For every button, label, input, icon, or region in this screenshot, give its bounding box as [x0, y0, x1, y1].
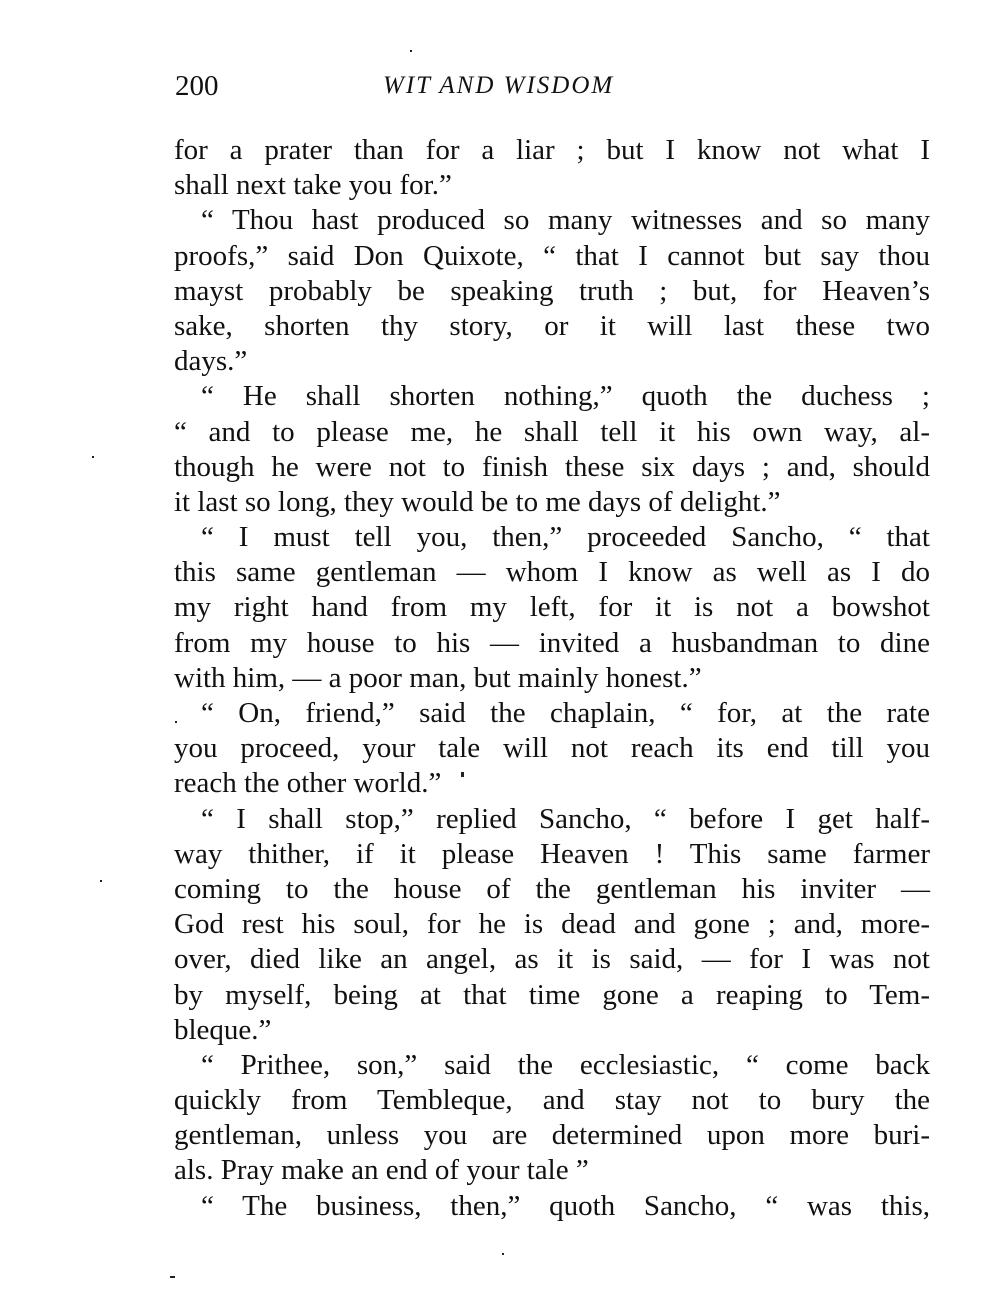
paragraph: “ Prithee, son,” said the ecclesiastic, … — [174, 1048, 930, 1189]
text-line: by myself, being at that time gone a rea… — [174, 978, 930, 1013]
text-line: my right hand from my left, for it is no… — [174, 590, 930, 625]
text-line: shall next take you for.” — [174, 168, 930, 203]
text-line: bleque.” — [174, 1013, 930, 1048]
text-line: “ I shall stop,” replied Sancho, “ befor… — [174, 802, 930, 837]
scan-speck — [170, 1276, 175, 1278]
paragraph-continued: for a prater than for a liar ; but I kno… — [174, 133, 930, 203]
paragraph: “ Thou hast produced so many witnesses a… — [174, 203, 930, 379]
text-line: “ I must tell you, then,” proceeded Sanc… — [174, 520, 930, 555]
text-line: “ The business, then,” quoth Sancho, “ w… — [174, 1189, 930, 1224]
running-header: 200 WIT AND WISDOM — [175, 66, 930, 106]
text-line: quickly from Tembleque, and stay not to … — [174, 1083, 930, 1118]
scan-speck — [100, 880, 102, 882]
text-line: from my house to his — invited a husband… — [174, 626, 930, 661]
running-title: WIT AND WISDOM — [383, 66, 614, 106]
scan-speck — [92, 456, 94, 458]
page-number: 200 — [175, 66, 219, 106]
text-line: proofs,” said Don Quixote, “ that I cann… — [174, 239, 930, 274]
text-line: “ Thou hast produced so many witnesses a… — [174, 203, 930, 238]
paragraph: “ On, friend,” said the chaplain, “ for,… — [174, 696, 930, 802]
scan-speck — [175, 721, 177, 723]
text-line: days.” — [174, 344, 930, 379]
scan-speck — [461, 772, 464, 777]
paragraph: “ I must tell you, then,” proceeded Sanc… — [174, 520, 930, 696]
text-line: it last so long, they would be to me day… — [174, 485, 930, 520]
text-line: “ He shall shorten nothing,” quoth the d… — [174, 379, 930, 414]
scan-speck — [502, 1253, 504, 1255]
text-line: coming to the house of the gentleman his… — [174, 872, 930, 907]
paragraph: “ He shall shorten nothing,” quoth the d… — [174, 379, 930, 520]
text-line: though he were not to finish these six d… — [174, 450, 930, 485]
text-line: als. Pray make an end of your tale ” — [174, 1153, 930, 1188]
text-line: God rest his soul, for he is dead and go… — [174, 907, 930, 942]
text-line: sake, shorten thy story, or it will last… — [174, 309, 930, 344]
body-text: for a prater than for a liar ; but I kno… — [174, 133, 930, 1224]
text-line: “ Prithee, son,” said the ecclesiastic, … — [174, 1048, 930, 1083]
text-line: way thither, if it please Heaven ! This … — [174, 837, 930, 872]
paragraph: “ The business, then,” quoth Sancho, “ w… — [174, 1189, 930, 1224]
text-line: reach the other world.” — [174, 766, 930, 801]
text-line: mayst probably be speaking truth ; but, … — [174, 274, 930, 309]
text-line: over, died like an angel, as it is said,… — [174, 942, 930, 977]
text-line: “ and to please me, he shall tell it his… — [174, 415, 930, 450]
book-page: 200 WIT AND WISDOM for a prater than for… — [0, 0, 1000, 1316]
text-line: “ On, friend,” said the chaplain, “ for,… — [174, 696, 930, 731]
text-line: gentleman, unless you are determined upo… — [174, 1118, 930, 1153]
text-line: you proceed, your tale will not reach it… — [174, 731, 930, 766]
text-line: for a prater than for a liar ; but I kno… — [174, 133, 930, 168]
scan-speck — [410, 50, 412, 52]
text-line: this same gentleman — whom I know as wel… — [174, 555, 930, 590]
paragraph: “ I shall stop,” replied Sancho, “ befor… — [174, 802, 930, 1048]
text-line: with him, — a poor man, but mainly hones… — [174, 661, 930, 696]
